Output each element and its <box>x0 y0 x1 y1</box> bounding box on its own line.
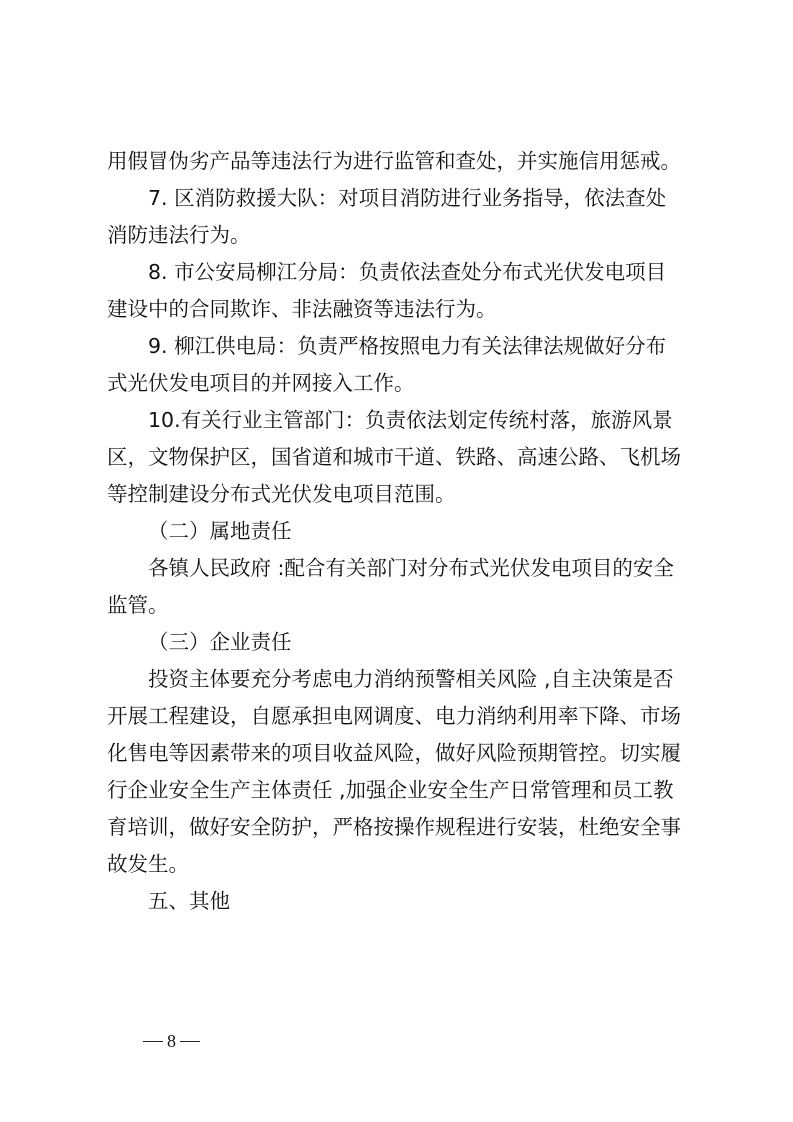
paragraph-enterprise-5: 育培训，做好安全防护，严格按操作规程进行安装，杜绝安全事 <box>107 809 697 846</box>
paragraph-line-continuation: 用假冒伪劣产品等违法行为进行监管和查处，并实施信用惩戒。 <box>107 143 697 180</box>
list-item-fire-rescue-cont: 消防违法行为。 <box>107 217 697 254</box>
paragraph-town-government-cont: 监管。 <box>107 587 697 624</box>
list-item-public-security: 8. 市公安局柳江分局：负责依法查处分布式光伏发电项目 <box>107 254 697 291</box>
paragraph-enterprise-3: 化售电等因素带来的项目收益风险，做好风险预期管控。切实履 <box>107 735 697 772</box>
list-item-public-security-cont: 建设中的合同欺诈、非法融资等违法行为。 <box>107 291 697 328</box>
paragraph-enterprise-2: 开展工程建设，自愿承担电网调度、电力消纳利用率下降、市场 <box>107 698 697 735</box>
document-page: 用假冒伪劣产品等违法行为进行监管和查处，并实施信用惩戒。 7. 区消防救援大队：… <box>107 143 697 920</box>
footer-dash-left <box>143 1041 163 1042</box>
list-item-power-supply: 9. 柳江供电局：负责严格按照电力有关法律法规做好分布 <box>107 328 697 365</box>
paragraph-enterprise-4: 行企业安全生产主体责任 ,加强企业安全生产日常管理和员工教 <box>107 772 697 809</box>
list-item-fire-rescue: 7. 区消防救援大队：对项目消防进行业务指导，依法查处 <box>107 180 697 217</box>
section-heading-enterprise: （三）企业责任 <box>107 624 697 661</box>
list-item-industry-departments-cont-1: 区，文物保护区，国省道和城市干道、铁路、高速公路、飞机场 <box>107 439 697 476</box>
page-number: 8 <box>167 1031 176 1052</box>
list-item-industry-departments-cont-2: 等控制建设分布式光伏发电项目范围。 <box>107 476 697 513</box>
paragraph-enterprise-1: 投资主体要充分考虑电力消纳预警相关风险 ,自主决策是否 <box>107 661 697 698</box>
paragraph-enterprise-6: 故发生。 <box>107 846 697 883</box>
section-heading-territorial: （二）属地责任 <box>107 513 697 550</box>
list-item-power-supply-cont: 式光伏发电项目的并网接入工作。 <box>107 365 697 402</box>
footer-dash-right <box>180 1041 200 1042</box>
section-heading-other: 五、其他 <box>107 883 697 920</box>
list-item-industry-departments: 10.有关行业主管部门：负责依法划定传统村落，旅游风景 <box>107 402 697 439</box>
page-footer: 8 <box>143 1031 200 1052</box>
paragraph-town-government: 各镇人民政府 :配合有关部门对分布式光伏发电项目的安全 <box>107 550 697 587</box>
